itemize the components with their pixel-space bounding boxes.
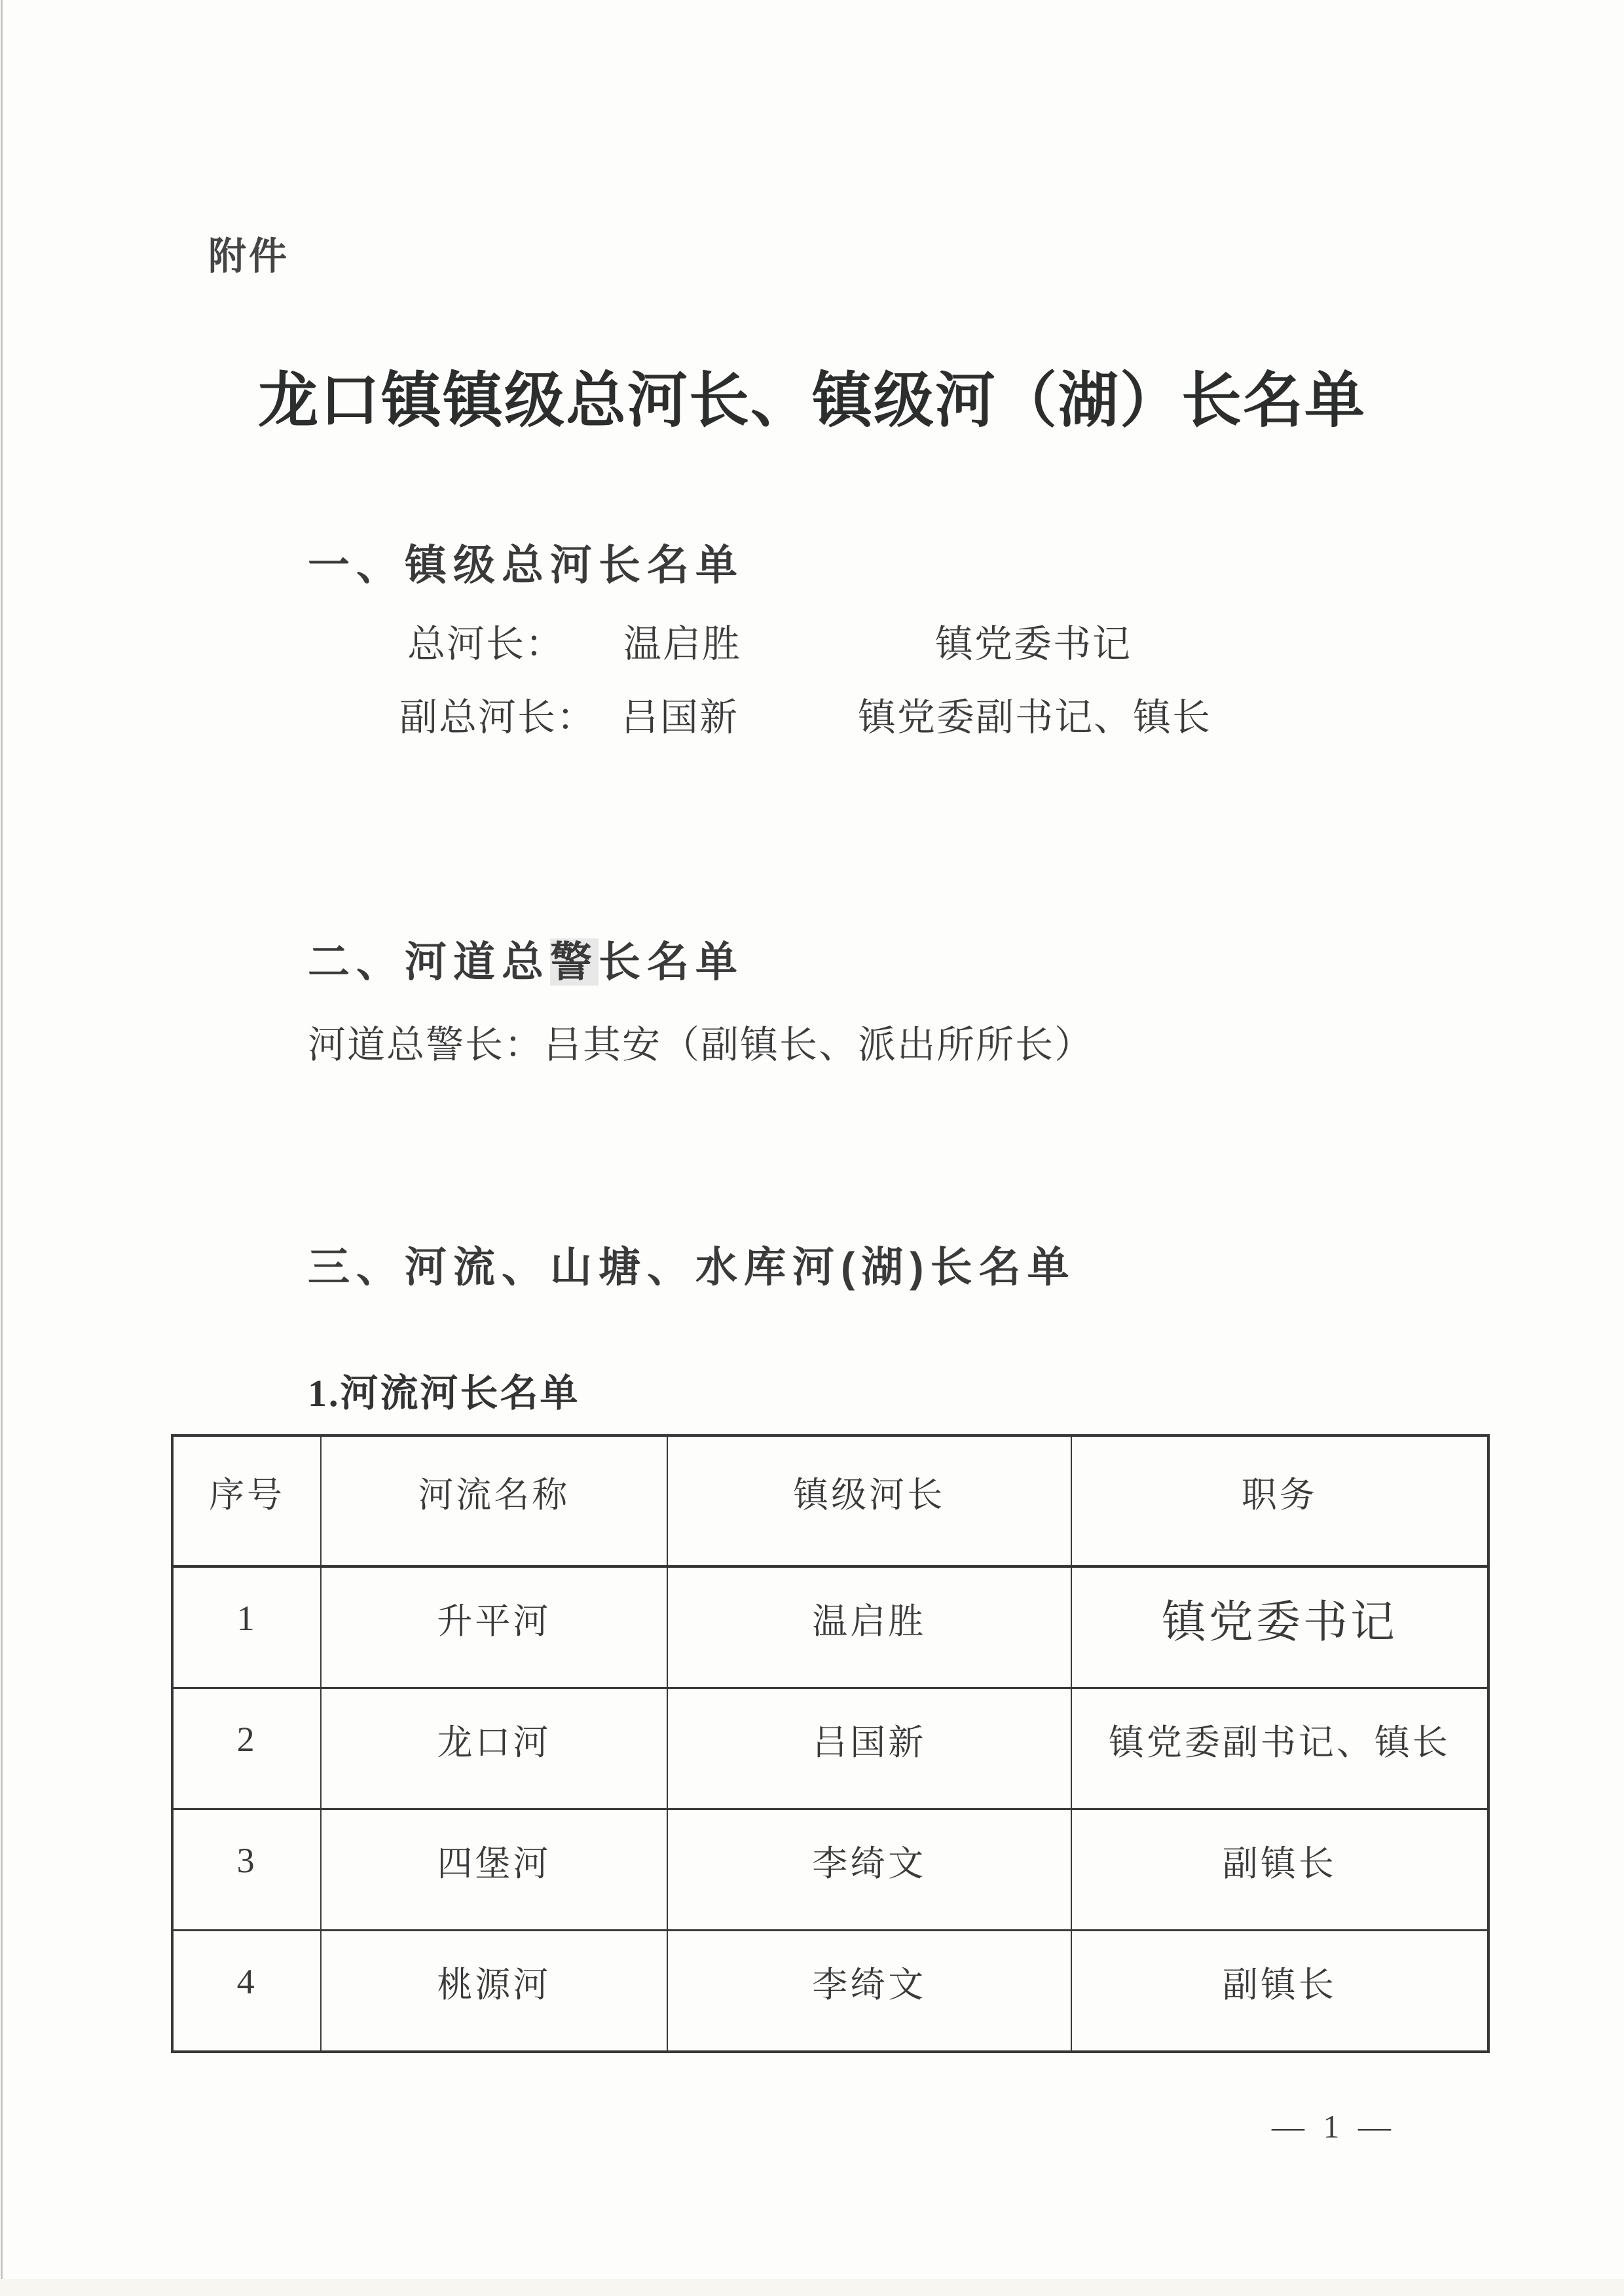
table-row: 1 升平河 温启胜 镇党委书记 [172,1566,1488,1688]
cell-river-name: 桃源河 [321,1931,667,2052]
scan-edge-artifact [1,0,3,2296]
cell-position: 镇党委书记 [1071,1566,1488,1688]
cell-chief-name: 温启胜 [667,1566,1071,1688]
section2-heading-text: 二、河道总 [308,938,550,986]
cell-river-name: 升平河 [321,1566,667,1688]
section1-heading: 一、镇级总河长名单 [308,532,744,592]
cell-chief-name: 李绮文 [667,1931,1071,2052]
person-name: 吕国新 [621,696,739,739]
section2-heading: 二、河道总警长名单 [308,929,744,989]
attachment-label: 附件 [208,225,289,280]
cell-chief-name: 李绮文 [667,1809,1071,1931]
deputy-total-river-chief-line: 副总河长：吕国新镇党委副书记、镇长 [399,686,1211,741]
cell-chief-name: 吕国新 [667,1688,1071,1809]
col-header-river-name: 河流名称 [321,1435,667,1566]
river-police-chief-line: 河道总警长：吕其安（副镇长、派出所所长） [308,1014,1094,1069]
cell-position: 镇党委副书记、镇长 [1071,1688,1488,1809]
cell-index: 4 [172,1931,321,2052]
cell-position: 副镇长 [1071,1931,1488,2052]
cell-river-name: 四堡河 [321,1809,667,1931]
section3-heading: 三、河流、山塘、水库河(湖)长名单 [308,1234,1076,1294]
document-title: 龙口镇镇级总河长、镇级河（湖）长名单 [0,352,1624,439]
section2-heading-highlighted-char: 警 [550,938,599,986]
cell-river-name: 龙口河 [321,1688,667,1809]
table-row: 4 桃源河 李绮文 副镇长 [172,1931,1488,2052]
role-label: 总河长： [407,623,564,665]
total-river-chief-line: 总河长：温启胜镇党委书记 [407,613,1132,668]
person-position: 镇党委副书记、镇长 [858,696,1211,739]
river-chiefs-table: 序号 河流名称 镇级河长 职务 1 升平河 温启胜 镇党委书记 2 龙口河 吕国… [171,1434,1490,2053]
table-subheading: 1.河流河长名单 [308,1362,580,1417]
person-position: 镇党委书记 [935,623,1132,665]
document-page: 附件 龙口镇镇级总河长、镇级河（湖）长名单 一、镇级总河长名单 总河长：温启胜镇… [0,0,1624,2296]
table-row: 3 四堡河 李绮文 副镇长 [172,1809,1488,1931]
cell-index: 1 [172,1566,321,1688]
scan-bottom-band [0,2279,1624,2296]
col-header-index: 序号 [172,1435,321,1566]
section2-heading-text: 长名单 [599,938,744,986]
role-label: 副总河长： [399,696,596,739]
table-header-row: 序号 河流名称 镇级河长 职务 [172,1435,1488,1566]
table-row: 2 龙口河 吕国新 镇党委副书记、镇长 [172,1688,1488,1809]
col-header-position: 职务 [1071,1435,1488,1566]
page-number: — 1 — [1272,2107,1396,2145]
cell-position: 副镇长 [1071,1809,1488,1931]
person-name: 温启胜 [623,623,741,665]
cell-index: 2 [172,1688,321,1809]
col-header-town-chief: 镇级河长 [667,1435,1071,1566]
cell-index: 3 [172,1809,321,1931]
